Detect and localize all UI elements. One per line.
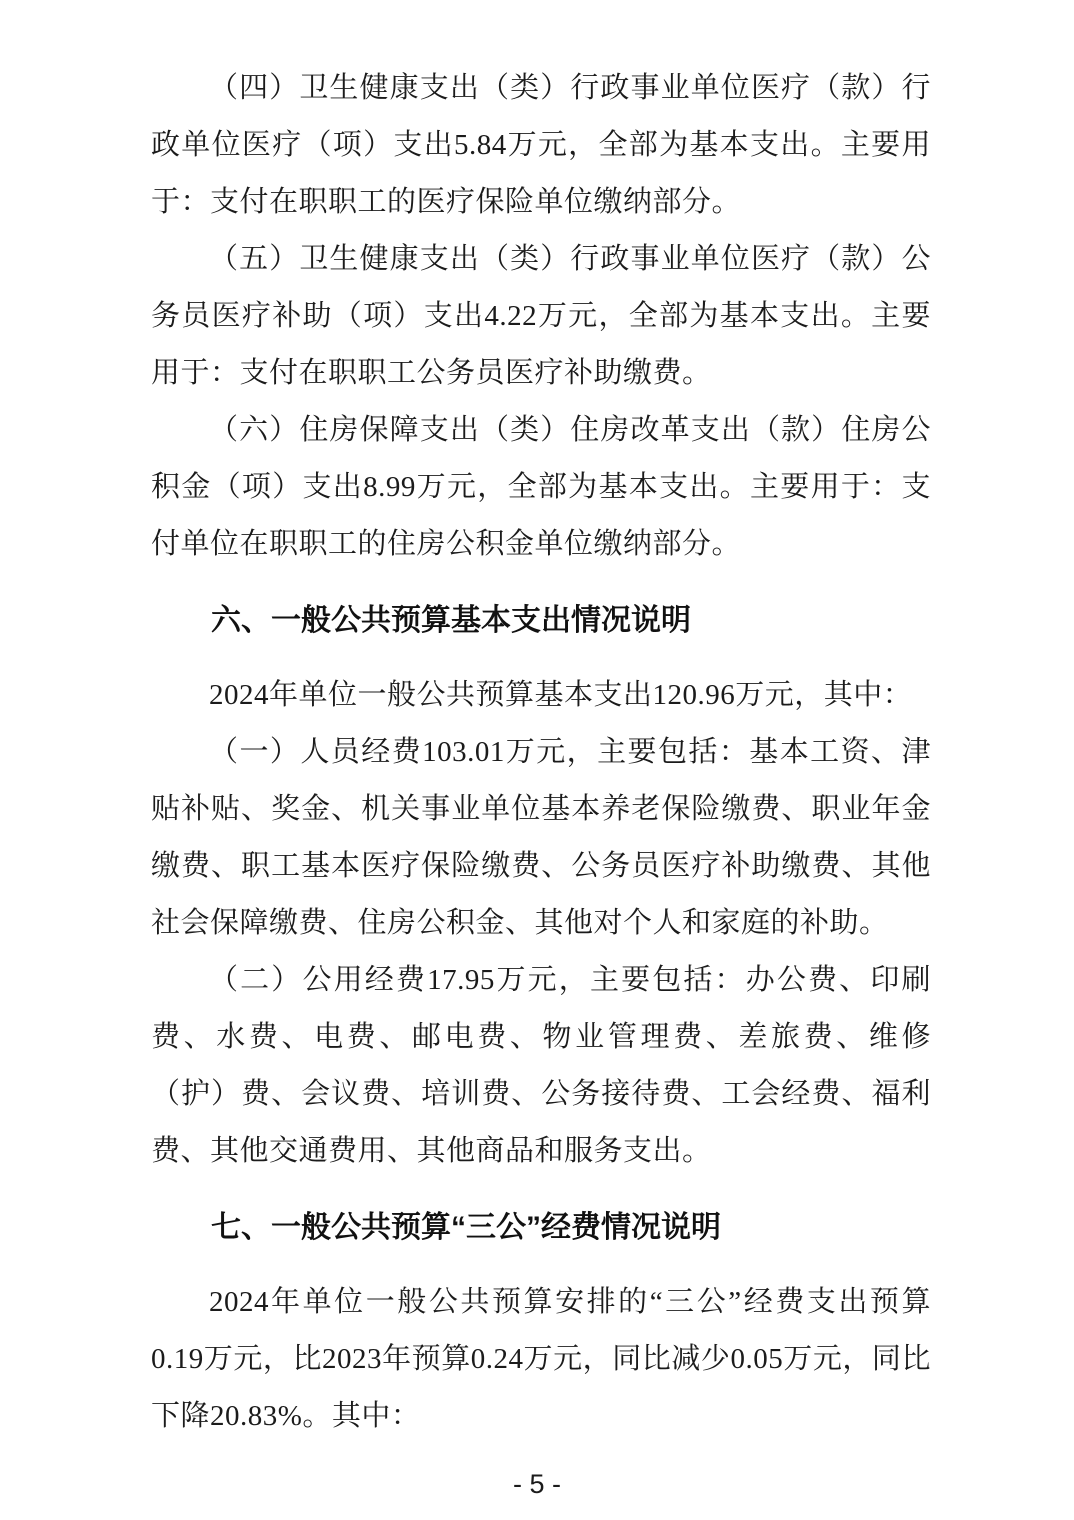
paragraph-three-public-budget: 2024年单位一般公共预算安排的“三公”经费支出预算0.19万元，比2023年预… — [151, 1274, 931, 1445]
section-heading-basic-expenditure: 六、一般公共预算基本支出情况说明 — [151, 599, 931, 643]
paragraph-health-expense-5: （五）卫生健康支出（类）行政事业单位医疗（款）公务员医疗补助（项）支出4.22万… — [151, 231, 931, 402]
paragraph-health-expense-4: （四）卫生健康支出（类）行政事业单位医疗（款）行政单位医疗（项）支出5.84万元… — [151, 60, 931, 231]
paragraph-housing-expense-6: （六）住房保障支出（类）住房改革支出（款）住房公积金（项）支出8.99万元，全部… — [151, 402, 931, 573]
section-heading-three-public-funds: 七、一般公共预算“三公”经费情况说明 — [151, 1206, 931, 1250]
paragraph-public-funds: （二）公用经费17.95万元，主要包括：办公费、印刷费、水费、电费、邮电费、物业… — [151, 952, 931, 1180]
paragraph-personnel-funds: （一）人员经费103.01万元，主要包括：基本工资、津贴补贴、奖金、机关事业单位… — [151, 724, 931, 952]
document-content: （四）卫生健康支出（类）行政事业单位医疗（款）行政单位医疗（项）支出5.84万元… — [151, 60, 931, 1445]
document-page: （四）卫生健康支出（类）行政事业单位医疗（款）行政单位医疗（项）支出5.84万元… — [0, 0, 1074, 1520]
paragraph-basic-expenditure-total: 2024年单位一般公共预算基本支出120.96万元，其中： — [151, 667, 931, 724]
page-number: - 5 - — [0, 1469, 1074, 1500]
